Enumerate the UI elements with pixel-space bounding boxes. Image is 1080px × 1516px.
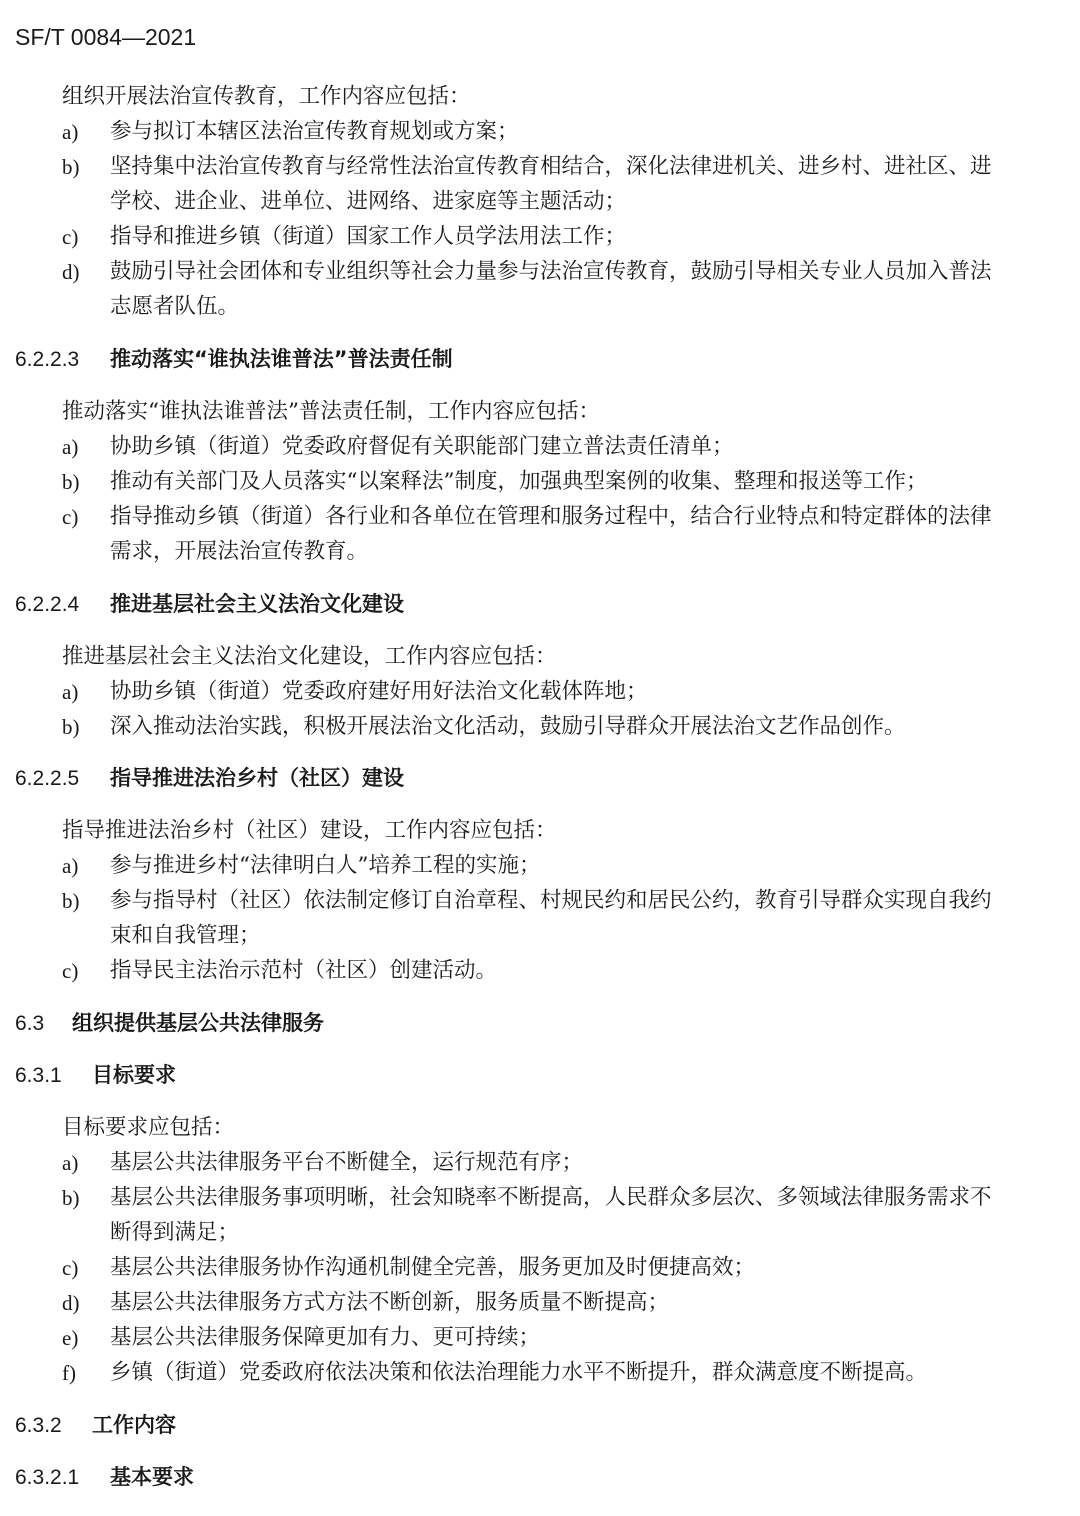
section-title: 基本要求 [110, 1462, 194, 1492]
section-number: 6.3 [15, 1012, 44, 1035]
section-heading: 6.2.2.4 推进基层社会主义法治文化建设 [15, 589, 79, 620]
section-number: 6.3.1 [15, 1064, 62, 1087]
list-marker: a) [62, 851, 78, 881]
section-heading: 6.2.2.3 推动落实“谁执法谁普法”普法责任制 [15, 344, 79, 375]
list-item-continuation: 束和自我管理； [110, 921, 261, 951]
list-marker: f) [62, 1358, 76, 1388]
list-item-continuation: 需求，开展法治宣传教育。 [110, 537, 368, 567]
list-item-text: 指导推动乡镇（街道）各行业和各单位在管理和服务过程中，结合行业特点和特定群体的法… [110, 502, 992, 532]
section-number: 6.2.2.4 [15, 593, 79, 616]
section-number: 6.2.2.3 [15, 348, 79, 371]
list-item-continuation: 断得到满足； [110, 1218, 239, 1248]
list-marker: d) [62, 1288, 80, 1318]
list-item-text: 参与拟订本辖区法治宣传教育规划或方案； [110, 117, 519, 147]
list-item-text: 基层公共法律服务协作沟通机制健全完善，服务更加及时便捷高效； [110, 1253, 755, 1283]
list-marker: a) [62, 117, 78, 147]
list-item-text: 协助乡镇（街道）党委政府督促有关职能部门建立普法责任清单； [110, 432, 734, 462]
section-intro: 推动落实“谁执法谁普法”普法责任制，工作内容应包括： [62, 397, 600, 427]
list-marker: c) [62, 222, 78, 252]
list-item-text: 基层公共法律服务平台不断健全，运行规范有序； [110, 1148, 583, 1178]
list-marker: b) [62, 152, 80, 182]
section-intro: 指导推进法治乡村（社区）建设，工作内容应包括： [62, 816, 557, 846]
list-item-text: 乡镇（街道）党委政府依法决策和依法治理能力水平不断提升，群众满意度不断提高。 [110, 1358, 927, 1388]
section-heading: 6.3.2 工作内容 [15, 1410, 62, 1441]
list-item-text: 协助乡镇（街道）党委政府建好用好法治文化载体阵地； [110, 677, 648, 707]
list-marker: b) [62, 886, 80, 916]
section-title: 推动落实“谁执法谁普法”普法责任制 [110, 344, 453, 374]
section-title: 指导推进法治乡村（社区）建设 [110, 763, 404, 793]
section-title: 工作内容 [92, 1410, 176, 1440]
list-marker: a) [62, 1148, 78, 1178]
list-item-text: 参与推进乡村“法律明白人”培养工程的实施； [110, 851, 541, 881]
section-number: 6.3.2 [15, 1414, 62, 1437]
list-item-text: 参与指导村（社区）依法制定修订自治章程、村规民约和居民公约，教育引导群众实现自我… [110, 886, 992, 916]
list-item-text: 基层公共法律服务保障更加有力、更可持续； [110, 1323, 540, 1353]
section-number: 6.3.2.1 [15, 1466, 79, 1489]
list-item-continuation: 学校、进企业、进单位、进网络、进家庭等主题活动； [110, 187, 626, 217]
list-item-text: 鼓励引导社会团体和专业组织等社会力量参与法治宣传教育，鼓励引导相关专业人员加入普… [110, 257, 992, 287]
section-intro: 目标要求应包括： [62, 1113, 234, 1143]
section-heading: 6.3.1 目标要求 [15, 1060, 62, 1091]
list-marker: c) [62, 956, 78, 986]
list-item-text: 推动有关部门及人员落实“以案释法”制度，加强典型案例的收集、整理和报送等工作； [110, 467, 928, 497]
section-title: 目标要求 [92, 1060, 176, 1090]
list-item-text: 坚持集中法治宣传教育与经常性法治宣传教育相结合，深化法律进机关、进乡村、进社区、… [110, 152, 992, 182]
list-marker: b) [62, 467, 80, 497]
section-heading: 6.2.2.5 指导推进法治乡村（社区）建设 [15, 763, 79, 794]
list-item-text: 基层公共法律服务方式方法不断创新，服务质量不断提高； [110, 1288, 669, 1318]
list-marker: b) [62, 1183, 80, 1213]
list-item-text: 指导民主法治示范村（社区）创建活动。 [110, 956, 497, 986]
list-marker: e) [62, 1323, 78, 1353]
section-title: 推进基层社会主义法治文化建设 [110, 589, 404, 619]
list-item-continuation: 志愿者队伍。 [110, 292, 239, 322]
list-marker: c) [62, 1253, 78, 1283]
list-marker: b) [62, 712, 80, 742]
list-item-text: 深入推动法治实践，积极开展法治文化活动，鼓励引导群众开展法治文艺作品创作。 [110, 712, 906, 742]
document-id-header: SF/T 0084—2021 [15, 24, 196, 51]
section-intro: 组织开展法治宣传教育，工作内容应包括： [62, 82, 471, 112]
list-item-text: 指导和推进乡镇（街道）国家工作人员学法用法工作； [110, 222, 626, 252]
list-marker: d) [62, 257, 80, 287]
list-marker: a) [62, 677, 78, 707]
section-heading: 6.3.2.1 基本要求 [15, 1462, 79, 1493]
list-marker: c) [62, 502, 78, 532]
list-item-text: 基层公共法律服务事项明晰，社会知晓率不断提高，人民群众多层次、多领域法律服务需求… [110, 1183, 992, 1213]
section-number: 6.2.2.5 [15, 767, 79, 790]
section-intro: 推进基层社会主义法治文化建设，工作内容应包括： [62, 642, 557, 672]
section-heading: 6.3 组织提供基层公共法律服务 [15, 1008, 44, 1039]
list-marker: a) [62, 432, 78, 462]
section-title: 组织提供基层公共法律服务 [72, 1008, 324, 1038]
